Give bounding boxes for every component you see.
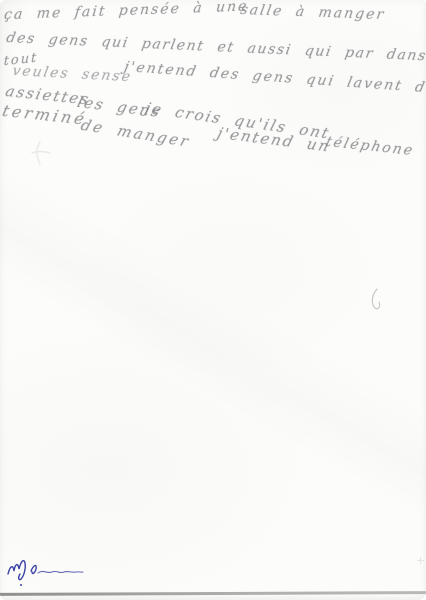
handwritten-line-segment: salle à manger: [239, 2, 386, 23]
handwritten-line-segment: des gens qui parlent et aussi qui par da…: [5, 30, 426, 64]
signature-scribble-icon: [4, 552, 88, 592]
handwritten-note: ça me fait pensée à une salle à manger d…: [0, 0, 426, 600]
handwritten-line-segment: j'entend des gens qui lavent des: [123, 59, 426, 97]
handwritten-line-segment: ça me fait pensée à une: [3, 0, 249, 23]
faint-pencil-smudge-icon: [26, 138, 60, 172]
stray-pen-mark-icon: [364, 286, 388, 316]
handwritten-line-segment: téléphone: [324, 134, 416, 159]
tiny-scan-speck-icon: [416, 556, 425, 565]
handwritten-line-segment: veules sense: [11, 63, 133, 85]
scanned-paper: ça me fait pensée à une salle à manger d…: [0, 0, 426, 600]
